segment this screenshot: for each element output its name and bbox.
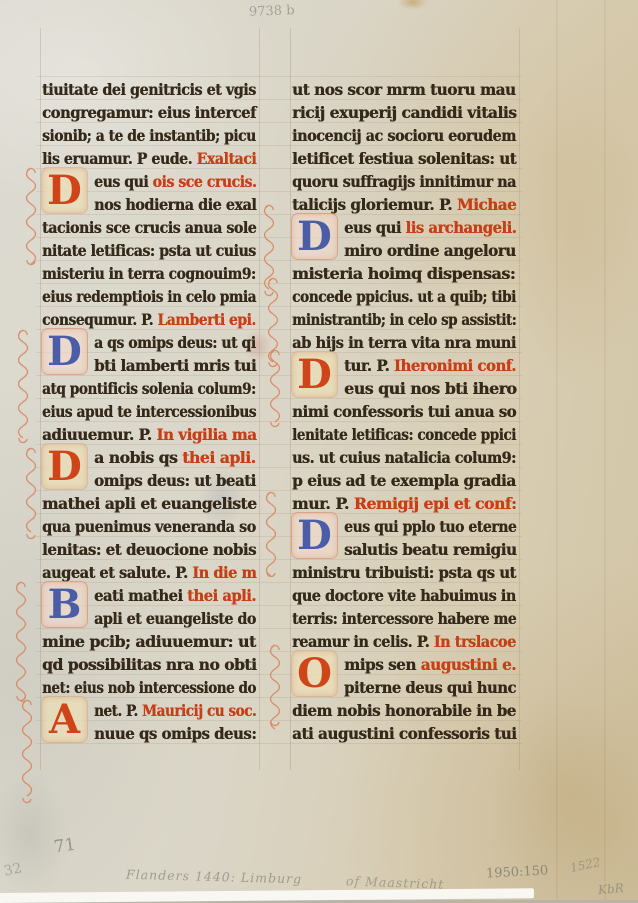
text-line: misteria hoimq dispensas: <box>292 262 518 285</box>
text-column-left: tiuitate dei genitricis et vgiscongregam… <box>42 78 258 745</box>
latin-text: eus qui nos bti ihero <box>344 379 516 398</box>
rubric-text: thei apli. <box>187 586 256 605</box>
rubric-text: Michae <box>457 195 516 214</box>
latin-text: que doctore vite habuimus in <box>292 586 516 605</box>
illuminated-initial: D <box>42 329 87 374</box>
latin-text: net. P. <box>94 701 142 720</box>
latin-text: terris: intercessore habere me <box>292 609 516 628</box>
illuminated-initial: A <box>42 697 87 742</box>
pencil-right-mark: 1522 <box>569 855 602 875</box>
parchment-crease <box>556 0 558 900</box>
stain <box>0 770 70 900</box>
rubric-text: thei apli. <box>182 448 255 467</box>
photo-backing-edge <box>0 888 534 900</box>
latin-text: lenitate letificas: concede ppici <box>292 425 516 444</box>
ruling-vertical <box>259 28 260 770</box>
latin-text: congregamur: eius intercef <box>42 103 256 122</box>
penwork-flourish <box>12 328 34 448</box>
text-line: eius redemptiois in celo pmia <box>42 285 258 308</box>
penwork-flourish <box>20 166 42 270</box>
illuminated-initial: D <box>292 352 337 397</box>
illuminated-initial: D <box>42 444 87 489</box>
latin-text: a nobis qs <box>94 448 182 467</box>
latin-text: ut nos scor mrm tuoru mau <box>292 80 516 99</box>
parchment-crease <box>604 0 606 900</box>
latin-text: tacionis sce crucis anua sole <box>42 218 256 237</box>
ruling-vertical <box>290 28 291 770</box>
rubric-text: ois sce crucis. <box>153 172 257 191</box>
latin-text: eus qui <box>344 218 405 237</box>
latin-text: piterne deus qui hunc <box>344 678 516 697</box>
text-line: mine pcib; adiuuemur: ut <box>42 630 258 653</box>
text-line: quoru suffragijs innitimur na <box>292 170 518 193</box>
text-line: ministru tribuisti: psta qs ut <box>292 561 518 584</box>
text-line: lenitas: et deuocione nobis <box>42 538 258 561</box>
text-line: tiuitate dei genitricis et vgis <box>42 78 258 101</box>
text-line: misteriu in terra cognouim9: <box>42 262 258 285</box>
latin-text: eati mathei <box>94 586 187 605</box>
latin-text: eus qui pplo tuo eterne <box>344 517 516 536</box>
penwork-flourish <box>258 203 280 301</box>
latin-text: mine pcib; adiuuemur: ut <box>42 632 256 651</box>
rubric-text: Exaltaci <box>197 149 257 168</box>
latin-text: bti lamberti mris tui <box>94 356 256 375</box>
latin-text: us. ut cuius natalicia colum9: <box>292 448 516 467</box>
text-line: p eius ad te exempla gradia <box>292 469 518 492</box>
text-line: terris: intercessore habere me <box>292 607 518 630</box>
penwork-flourish <box>16 698 38 808</box>
text-line: nitate letificas: psta ut cuius <box>42 239 258 262</box>
text-line: qua puenimus veneranda so <box>42 515 258 538</box>
latin-text: consequmur. P. <box>42 310 157 329</box>
latin-text: ati augustini confessoris tui <box>292 724 516 743</box>
pencil-price-code: 1950:150 <box>486 863 549 881</box>
latin-text: qd possibilitas nra no obti <box>42 655 256 674</box>
penwork-flourish <box>10 580 32 706</box>
text-line: inocencij ac socioru eorudem <box>292 124 518 147</box>
ruling-vertical <box>40 28 41 770</box>
latin-text: letificet festiua solenitas: ut <box>292 149 516 168</box>
rubric-text: Mauricij cu soc. <box>142 701 256 720</box>
illuminated-initial: D <box>292 214 337 259</box>
latin-text: mips sen <box>344 655 421 674</box>
latin-text: nuue qs omips deus: <box>94 724 256 743</box>
latin-text: concede ppicius. ut a quib; tibi <box>292 287 516 306</box>
latin-text: eius apud te intercessionibus <box>42 402 256 421</box>
latin-text: net: eius nob intercessione do <box>42 678 256 697</box>
manuscript-leaf: tiuitate dei genitricis et vgiscongregam… <box>0 0 638 900</box>
latin-text: mur. P. <box>292 494 354 513</box>
latin-text: sionib; a te de instantib; picu <box>42 126 256 145</box>
pencil-folio-number: 71 <box>53 835 77 858</box>
latin-text: tur. P. <box>344 356 394 375</box>
penwork-flourish <box>20 446 42 544</box>
text-line: mathei apli et euangeliste <box>42 492 258 515</box>
text-line: atq pontificis solenia colum9: <box>42 377 258 400</box>
latin-text: eius redemptiois in celo pmia <box>42 287 256 306</box>
latin-text: talicijs gloriemur. P. <box>292 195 457 214</box>
latin-text: lenitas: et deuocione nobis <box>42 540 256 559</box>
pencil-dealer-note: Flanders 1440: Limburg <box>126 867 302 887</box>
latin-text: eus qui <box>94 172 153 191</box>
latin-text: ministrantib; in celo sp assistit: <box>292 310 516 329</box>
latin-text: mathei apli et euangeliste <box>42 494 256 513</box>
illuminated-initial: B <box>42 582 87 627</box>
latin-text: apli et euangeliste do <box>94 609 256 628</box>
text-line: ati augustini confessoris tui <box>292 722 518 745</box>
latin-text: reamur in celis. P. <box>292 632 434 651</box>
text-line: eius apud te intercessionibus <box>42 400 258 423</box>
text-line: letificet festiua solenitas: ut <box>292 147 518 170</box>
latin-text: ricij exuperij candidi vitalis <box>292 103 516 122</box>
text-line: us. ut cuius natalicia colum9: <box>292 446 518 469</box>
latin-text: tiuitate dei genitricis et vgis <box>42 80 256 99</box>
latin-text: nitate letificas: psta ut cuius <box>42 241 256 260</box>
illuminated-initial: D <box>42 168 87 213</box>
penwork-flourish <box>260 490 282 582</box>
latin-text: omips deus: ut beati <box>94 471 256 490</box>
rubric-text: augustini e. <box>421 655 516 674</box>
latin-text: qua puenimus veneranda so <box>42 517 256 536</box>
text-line: qd possibilitas nra no obti <box>42 653 258 676</box>
rubric-text: In trslacoe <box>434 632 516 651</box>
rubric-text: Remigij epi et conf: <box>354 494 516 513</box>
latin-text: atq pontificis solenia colum9: <box>42 379 256 398</box>
latin-text: misteriu in terra cognouim9: <box>42 264 256 283</box>
text-line: tacionis sce crucis anua sole <box>42 216 258 239</box>
latin-text: ab hijs in terra vita nra muni <box>292 333 516 352</box>
latin-text: ministru tribuisti: psta qs ut <box>292 563 516 582</box>
text-line: diem nobis honorabile in be <box>292 699 518 722</box>
text-line: nimi confessoris tui anua so <box>292 400 518 423</box>
rubric-text: In die m <box>192 563 256 582</box>
latin-text: salutis beatu remigiu <box>344 540 516 559</box>
text-line: ministrantib; in celo sp assistit: <box>292 308 518 331</box>
rubric-text: Iheronimi conf. <box>394 356 516 375</box>
latin-text: adiuuemur. P. <box>42 425 156 444</box>
pencil-corner-scribble: 32 <box>3 860 24 879</box>
latin-text: p eius ad te exempla gradia <box>292 471 516 490</box>
text-column-right: ut nos scor mrm tuoru mauricij exuperij … <box>292 78 518 745</box>
latin-text: augeat et salute. P. <box>42 563 192 582</box>
rubric-text: In vigilia ma <box>156 425 256 444</box>
pencil-corner-mark: KbR <box>597 881 624 897</box>
rubric-text: Lamberti epi. <box>157 310 255 329</box>
latin-text: lis eruamur. P eude. <box>42 149 197 168</box>
latin-text: misteria hoimq dispensas: <box>292 264 515 283</box>
illuminated-initial: D <box>292 513 337 558</box>
latin-text: inocencij ac socioru eorudem <box>292 126 516 145</box>
text-line: ricij exuperij candidi vitalis <box>292 101 518 124</box>
text-line: lenitate letificas: concede ppici <box>292 423 518 446</box>
pencil-shelfmark: 9738 b <box>249 3 295 20</box>
latin-text: diem nobis honorabile in be <box>292 701 516 720</box>
text-line: congregamur: eius intercef <box>42 101 258 124</box>
text-line: ut nos scor mrm tuoru mau <box>292 78 518 101</box>
latin-text: nos hodierna die exal <box>94 195 256 214</box>
penwork-flourish <box>264 348 286 432</box>
text-line: que doctore vite habuimus in <box>292 584 518 607</box>
rubric-text: lis archangeli. <box>405 218 516 237</box>
latin-text: nimi confessoris tui anua so <box>292 402 516 421</box>
text-line: concede ppicius. ut a quib; tibi <box>292 285 518 308</box>
latin-text: a qs omips deus: ut qi <box>94 333 256 352</box>
latin-text: quoru suffragijs innitimur na <box>292 172 516 191</box>
latin-text: miro ordine angeloru <box>344 241 516 260</box>
stain <box>398 0 428 10</box>
illuminated-initial: O <box>292 651 337 696</box>
text-line: sionib; a te de instantib; picu <box>42 124 258 147</box>
